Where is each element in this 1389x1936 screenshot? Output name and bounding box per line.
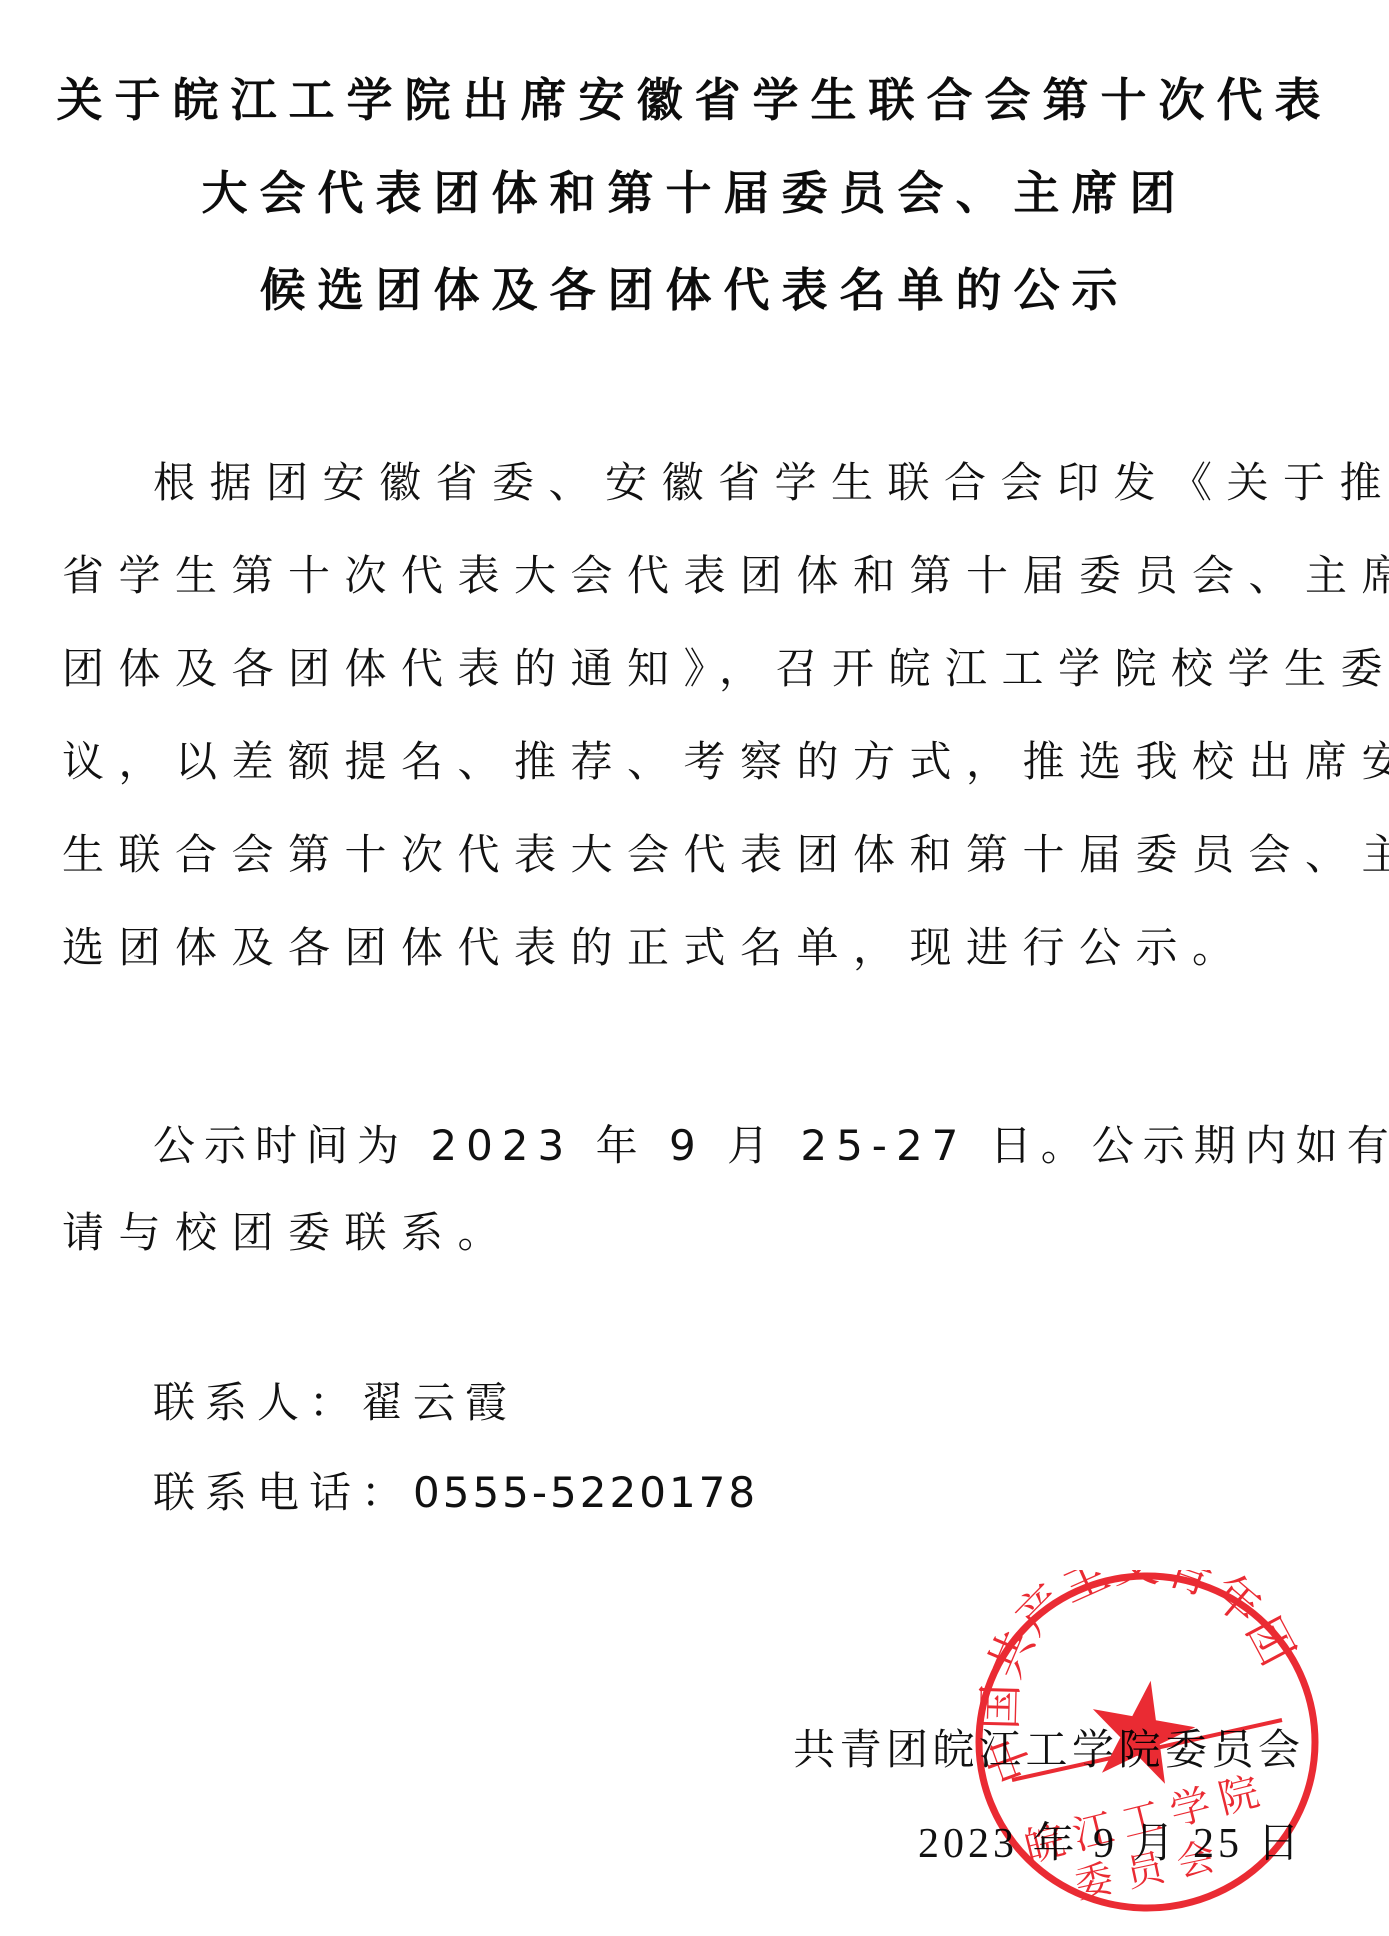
title-line-2: 大会代表团体和第十届委员会、主席团	[0, 163, 1389, 223]
seal-outer-text: 中国共产主义青年团	[972, 1570, 1306, 1791]
contact-person-label: 联系人：	[153, 1378, 361, 1427]
paragraph-1-line-3: 团体及各团体代表的通知》，召开皖江工学院校学生委员会会	[62, 641, 1389, 697]
paragraph-1-line-1: 根据团安徽省委、安徽省学生联合会印发《关于推选安徽	[153, 455, 1389, 511]
paragraph-1-line-4: 议，以差额提名、推荐、考察的方式，推选我校出席安徽省学	[62, 734, 1389, 790]
title-line-1: 关于皖江工学院出席安徽省学生联合会第十次代表	[0, 70, 1389, 130]
title-line-3: 候选团体及各团体代表名单的公示	[0, 260, 1389, 320]
svg-text:中国共产主义青年团: 中国共产主义青年团	[972, 1570, 1306, 1791]
paragraph-2-line-2: 请与校团委联系。	[62, 1205, 514, 1261]
contact-person-name: 翟云霞	[361, 1378, 517, 1427]
paragraph-1-line-2: 省学生第十次代表大会代表团体和第十届委员会、主席团候选	[62, 548, 1389, 604]
contact-phone-number: 0555-5220178	[413, 1468, 758, 1517]
contact-phone-label: 联系电话：	[153, 1468, 413, 1517]
paragraph-2-line-1: 公示时间为 2023 年 9 月 25-27 日。公示期内如有异议，	[153, 1118, 1389, 1174]
paragraph-1-line-6: 选团体及各团体代表的正式名单，现进行公示。	[62, 920, 1249, 976]
contact-phone: 联系电话：0555-5220178	[153, 1465, 758, 1521]
contact-person: 联系人：翟云霞	[153, 1375, 517, 1431]
paragraph-1-line-5: 生联合会第十次代表大会代表团体和第十届委员会、主席团候	[62, 827, 1389, 883]
official-seal-stamp: 中国共产主义青年团 皖江工学院 委员会	[972, 1570, 1322, 1915]
star-icon	[1082, 1672, 1202, 1788]
document-page: 关于皖江工学院出席安徽省学生联合会第十次代表 大会代表团体和第十届委员会、主席团…	[0, 0, 1389, 1936]
seal-icon: 中国共产主义青年团 皖江工学院 委员会	[972, 1570, 1322, 1915]
